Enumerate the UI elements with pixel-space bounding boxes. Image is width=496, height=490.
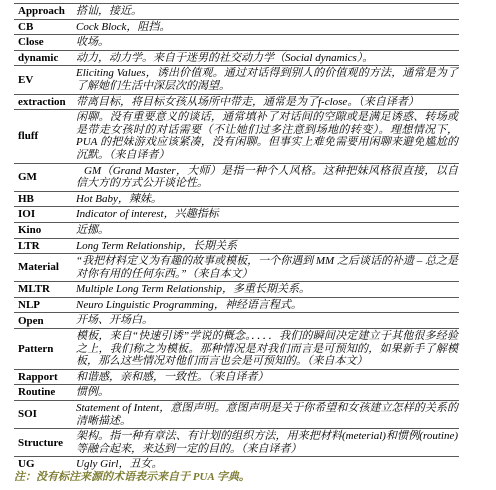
footnote: 注：没有标注来源的术语表示来自于 PUA 字典。 <box>14 471 474 484</box>
term-cell: GM <box>14 163 76 191</box>
table-row: dynamic动力，动力学。来自于迷男的社交动力学（Social dynamic… <box>14 50 459 66</box>
term-cell: Structure <box>14 429 76 457</box>
table-row: NLPNeuro Linguistic Programming，神经语言程式。 <box>14 297 459 313</box>
term-cell: UG <box>14 457 76 472</box>
term-cell: Routine <box>14 385 76 401</box>
glossary-table: Approach搭讪，接近。CBCock Block，阻挡。Close收场。dy… <box>14 3 459 472</box>
glossary-table-body: Approach搭讪，接近。CBCock Block，阻挡。Close收场。dy… <box>14 4 459 473</box>
table-row: EVEliciting Values，诱出价值观。通过对话得到别人的价值观的方法… <box>14 66 459 94</box>
definition-cell: 带离目标，将目标女孩从场所中带走，通常是为了f-close。（来自译者） <box>76 94 459 110</box>
definition-cell: Long Term Relationship，长期关系 <box>76 238 459 254</box>
definition-cell: Neuro Linguistic Programming，神经语言程式。 <box>76 297 459 313</box>
table-row: fluff闲聊。没有重要意义的谈话，通常填补了对话间的空隙或是满足诱惑、转场或是… <box>14 110 459 163</box>
table-row: CBCock Block，阻挡。 <box>14 19 459 35</box>
term-cell: MLTR <box>14 282 76 298</box>
term-cell: dynamic <box>14 50 76 66</box>
table-row: MLTRMultiple Long Term Relationship，多重长期… <box>14 282 459 298</box>
term-cell: EV <box>14 66 76 94</box>
definition-cell: 搭讪，接近。 <box>76 4 459 20</box>
term-cell: Material <box>14 254 76 282</box>
table-row: IOIIndicator of interest，兴趣指标 <box>14 207 459 223</box>
table-row: Close收场。 <box>14 35 459 51</box>
table-row: Material“我把材料定义为有趣的故事或模板，一个你遇到 MM 之后谈话的补… <box>14 254 459 282</box>
term-cell: Rapport <box>14 369 76 385</box>
term-cell: Approach <box>14 4 76 20</box>
definition-cell: “我把材料定义为有趣的故事或模板，一个你遇到 MM 之后谈话的补遗 – 总之是对… <box>76 254 459 282</box>
table-row: Routine惯例。 <box>14 385 459 401</box>
term-cell: Close <box>14 35 76 51</box>
term-cell: LTR <box>14 238 76 254</box>
term-cell: fluff <box>14 110 76 163</box>
term-cell: Kino <box>14 222 76 238</box>
table-row: Approach搭讪，接近。 <box>14 4 459 20</box>
term-cell: NLP <box>14 297 76 313</box>
table-row: extraction带离目标，将目标女孩从场所中带走，通常是为了f-close。… <box>14 94 459 110</box>
term-cell: Open <box>14 313 76 329</box>
term-cell: SOI <box>14 401 76 429</box>
table-row: Kino近挪。 <box>14 222 459 238</box>
definition-cell: 闲聊。没有重要意义的谈话，通常填补了对话间的空隙或是满足诱惑、转场或是带走女孩时… <box>76 110 459 163</box>
table-row: Structure架构。指一种有章法、有计划的组织方法，用来把材料(meteri… <box>14 429 459 457</box>
definition-cell: Statement of Intent，意图声明。意图声明是关于你希望和女孩建立… <box>76 401 459 429</box>
definition-cell: 和谐感，亲和感，一致性。（来自译者） <box>76 369 459 385</box>
term-cell: HB <box>14 191 76 207</box>
definition-cell: GM（Grand Master，大师）是指一种个人风格。这种把妹风格很直接，以自… <box>76 163 459 191</box>
table-row: LTRLong Term Relationship，长期关系 <box>14 238 459 254</box>
table-row: Pattern模板，来自“快速引诱”学说的概念。．．．．我们的瞬间决定建立于其他… <box>14 329 459 370</box>
definition-cell: 模板，来自“快速引诱”学说的概念。．．．．我们的瞬间决定建立于其他很多经验之上，… <box>76 329 459 370</box>
term-cell: extraction <box>14 94 76 110</box>
definition-cell: Eliciting Values，诱出价值观。通过对话得到别人的价值观的方法，通… <box>76 66 459 94</box>
table-row: UGUgly Girl，丑女。 <box>14 457 459 472</box>
table-row: Open开场、开场白。 <box>14 313 459 329</box>
definition-cell: Hot Baby，辣妹。 <box>76 191 459 207</box>
term-cell: Pattern <box>14 329 76 370</box>
definition-cell: 收场。 <box>76 35 459 51</box>
document-page: Approach搭讪，接近。CBCock Block，阻挡。Close收场。dy… <box>0 0 496 490</box>
table-row: SOIStatement of Intent，意图声明。意图声明是关于你希望和女… <box>14 401 459 429</box>
definition-cell: Multiple Long Term Relationship，多重长期关系。 <box>76 282 459 298</box>
definition-cell: Cock Block，阻挡。 <box>76 19 459 35</box>
definition-cell: 近挪。 <box>76 222 459 238</box>
table-row: HBHot Baby，辣妹。 <box>14 191 459 207</box>
definition-cell: 动力，动力学。来自于迷男的社交动力学（Social dynamics）。 <box>76 50 459 66</box>
definition-cell: 开场、开场白。 <box>76 313 459 329</box>
table-row: Rapport和谐感，亲和感，一致性。（来自译者） <box>14 369 459 385</box>
definition-cell: 架构。指一种有章法、有计划的组织方法，用来把材料(meterial)和惯例(ro… <box>76 429 459 457</box>
definition-cell: Ugly Girl，丑女。 <box>76 457 459 472</box>
definition-cell: Indicator of interest，兴趣指标 <box>76 207 459 223</box>
table-row: GMGM（Grand Master，大师）是指一种个人风格。这种把妹风格很直接，… <box>14 163 459 191</box>
definition-cell: 惯例。 <box>76 385 459 401</box>
term-cell: CB <box>14 19 76 35</box>
term-cell: IOI <box>14 207 76 223</box>
